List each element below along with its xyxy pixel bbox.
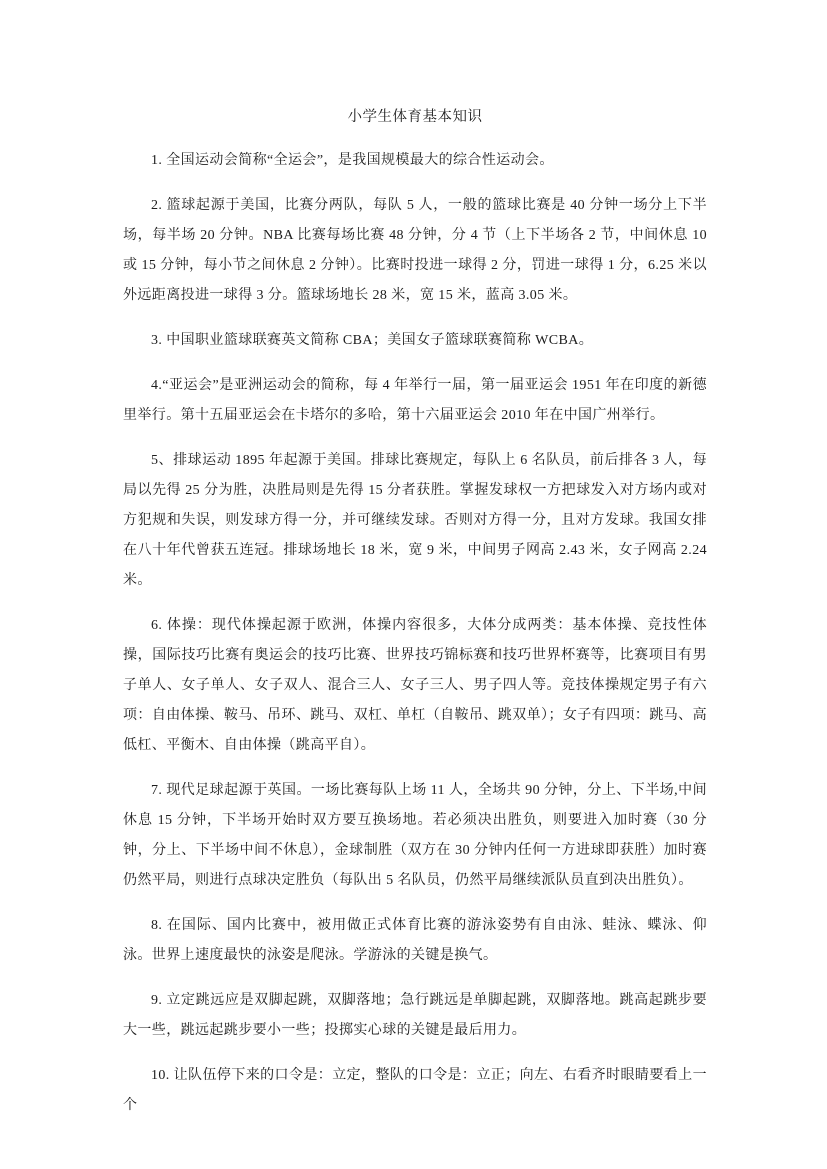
- paragraph-7: 7. 现代足球起源于英国。一场比赛每队上场 11 人，全场共 90 分钟，分上、…: [123, 776, 707, 896]
- paragraph-2: 2. 篮球起源于美国，比赛分两队，每队 5 人，一般的篮球比赛是 40 分钟一场…: [123, 191, 707, 311]
- paragraph-5: 5、排球运动 1895 年起源于美国。排球比赛规定，每队上 6 名队员，前后排各…: [123, 446, 707, 596]
- paragraph-10: 10. 让队伍停下来的口令是：立定，整队的口令是：立正；向左、右看齐时眼睛要看上…: [123, 1061, 707, 1121]
- paragraph-9: 9. 立定跳远应是双脚起跳，双脚落地；急行跳远是单脚起跳，双脚落地。跳高起跳步要…: [123, 986, 707, 1046]
- paragraph-8: 8. 在国际、国内比赛中，被用做正式体育比赛的游泳姿势有自由泳、蛙泳、蝶泳、仰泳…: [123, 911, 707, 971]
- paragraph-3: 3. 中国职业篮球联赛英文简称 CBA；美国女子篮球联赛简称 WCBA。: [123, 326, 707, 356]
- document-title: 小学生体育基本知识: [123, 102, 707, 132]
- document-content: 小学生体育基本知识 1. 全国运动会简称“全运会”，是我国规模最大的综合性运动会…: [0, 0, 827, 1169]
- paragraph-4: 4.“亚运会”是亚洲运动会的简称，每 4 年举行一届，第一届亚运会 1951 年…: [123, 371, 707, 431]
- document-page: { "document": { "title": "小学生体育基本知识", "p…: [0, 0, 827, 1169]
- paragraph-1: 1. 全国运动会简称“全运会”，是我国规模最大的综合性运动会。: [123, 146, 707, 176]
- paragraph-6: 6. 体操：现代体操起源于欧洲，体操内容很多，大体分成两类：基本体操、竞技性体操…: [123, 611, 707, 761]
